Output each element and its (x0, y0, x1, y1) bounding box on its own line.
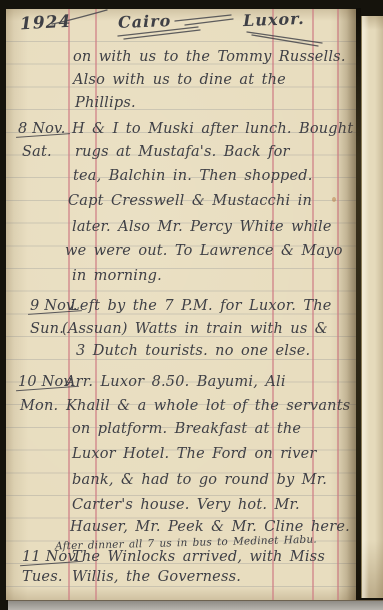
entry-text: we were out. To Lawrence & Mayo (65, 243, 343, 259)
entry-text: tea, Balchin in. Then shopped. (73, 168, 313, 184)
paper-stain (332, 197, 336, 202)
entry-date-label: Mon. (20, 398, 58, 414)
entry-text: on with us to the Tommy Russells. (73, 49, 346, 65)
entry-date-label: Tues. (22, 569, 63, 585)
entry-text: Also with us to dine at the (73, 72, 286, 88)
header-year: 1924 (20, 12, 72, 35)
entry-date-label: 11 Nov. (22, 549, 79, 565)
entry-date-label: Sun. (30, 321, 64, 337)
entry-text: later. Also Mr. Percy White while (72, 219, 332, 235)
entry-text: Luxor Hotel. The Ford on river (72, 446, 317, 462)
diary-page: 1924 Cairo Luxor. on with us to the Tomm… (6, 9, 356, 600)
entry-date-label: Sat. (22, 144, 52, 160)
entry-text: Arr. Luxor 8.50. Bayumi, Ali (65, 374, 286, 390)
entry-text: Phillips. (75, 95, 136, 111)
header-place-cairo: Cairo (118, 11, 172, 32)
page-fold-shading (336, 9, 356, 600)
header-place-luxor: Luxor. (243, 9, 305, 30)
surface-below-page (8, 600, 383, 610)
entry-text: Carter's house. Very hot. Mr. (72, 497, 300, 513)
next-page-edge (361, 16, 383, 598)
entry-text: rugs at Mustafa's. Back for (75, 144, 290, 160)
entry-text: (Assuan) Watts in train with us & (62, 321, 328, 337)
entry-text: bank, & had to go round by Mr. (72, 472, 327, 488)
entry-text: Left by the 7 P.M. for Luxor. The (70, 298, 332, 314)
entry-text: Khalil & a whole lot of the servants (66, 398, 350, 414)
entry-text: H & I to Muski after lunch. Bought (72, 121, 353, 137)
entry-text: on platform. Breakfast at the (72, 421, 301, 437)
entry-text: Hauser, Mr. Peek & Mr. Cline here. (70, 519, 350, 535)
entry-text: Capt Cresswell & Mustacchi in (68, 193, 312, 209)
entry-text: Willis, the Governess. (72, 569, 241, 585)
entry-text: 3 Dutch tourists. no one else. (76, 343, 310, 359)
entry-text: The Winlocks arrived, with Miss (72, 549, 325, 565)
entry-date-label: 8 Nov. (18, 121, 66, 137)
entry-text: in morning. (72, 268, 162, 284)
notebook-photo: 1924 Cairo Luxor. on with us to the Tomm… (0, 0, 383, 610)
